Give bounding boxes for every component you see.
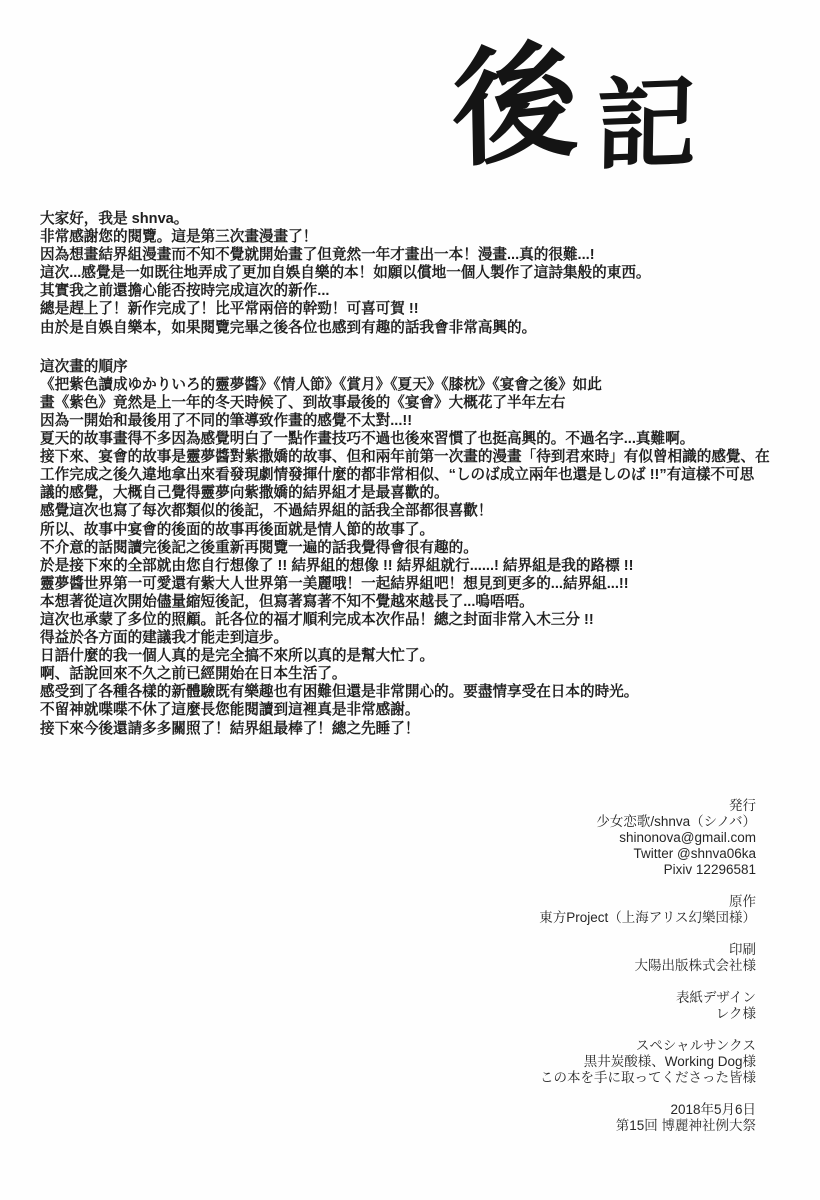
afterword-line: 這次...感覺是一如既往地弄成了更加自娛自樂的本！如願以償地一個人製作了這詩集般…	[40, 264, 770, 282]
credit-line: 第15回 博麗神社例大祭	[539, 1118, 756, 1134]
afterword-line: 因為一開始和最後用了不同的筆導致作畫的感覺不太對...!!	[40, 412, 770, 430]
credit-block-special-thanks: スペシャルサンクス 黒井炭酸様、Working Dog様この本を手に取ってくださ…	[539, 1038, 756, 1086]
afterword-body: 大家好，我是 shnva。非常感謝您的閱覽。這是第三次畫漫畫了！因為想畫結界組漫…	[40, 210, 770, 738]
afterword-line: 這次也承蒙了多位的照顧。託各位的福才順利完成本次作品！總之封面非常入木三分 !!	[40, 611, 770, 629]
title-char-1: 後	[451, 35, 579, 175]
afterword-line: 其實我之前還擔心能否按時完成這次的新作...	[40, 282, 770, 300]
title-char-2: 記	[595, 72, 697, 176]
credit-lines-publisher: 少女恋歌/shnva（シノバ）shinonova@gmail.comTwitte…	[539, 814, 756, 878]
afterword-line: 不留神就喋喋不休了這麼長您能閱讀到這裡真是非常感謝。	[40, 701, 770, 719]
credit-heading-special-thanks: スペシャルサンクス	[539, 1038, 756, 1054]
afterword-paragraph-1: 大家好，我是 shnva。非常感謝您的閱覽。這是第三次畫漫畫了！因為想畫結界組漫…	[40, 210, 770, 337]
afterword-line: 工作完成之後久違地拿出來看發現劇情發揮什麼的都非常相似、“しのば成立兩年也還是し…	[40, 466, 770, 484]
afterword-line: 不介意的話閱讀完後記之後重新再閱覽一遍的話我覺得會很有趣的。	[40, 539, 770, 557]
afterword-line: 大家好，我是 shnva。	[40, 210, 770, 228]
credit-line: Twitter @shnva06ka	[539, 846, 756, 862]
afterword-paragraph-2: 這次畫的順序《把紫色讀成ゆかりいろ的靈夢醬》《情人節》《賞月》《夏天》《膝枕》《…	[40, 358, 770, 738]
credit-block-publisher: 発行 少女恋歌/shnva（シノバ）shinonova@gmail.comTwi…	[539, 798, 756, 878]
credit-line: Pixiv 12296581	[539, 862, 756, 878]
page-title: 後 記	[452, 42, 696, 174]
afterword-line: 因為想畫結界組漫畫而不知不覺就開始畫了但竟然一年才畫出一本！漫畫...真的很難.…	[40, 246, 770, 264]
afterword-line: 感受到了各種各樣的新體驗既有樂趣也有困難但還是非常開心的。要盡情享受在日本的時光…	[40, 683, 770, 701]
afterword-line: 非常感謝您的閱覽。這是第三次畫漫畫了！	[40, 228, 770, 246]
afterword-line: 夏天的故事畫得不多因為感覺明白了一點作畫技巧不過也後來習慣了也挺高興的。不過名字…	[40, 430, 770, 448]
credit-lines-event-date: 2018年5月6日第15回 博麗神社例大祭	[539, 1102, 756, 1134]
credit-line: shinonova@gmail.com	[539, 830, 756, 846]
afterword-line: 本想著從這次開始儘量縮短後記，但寫著寫著不知不覺越來越長了...嗚唔唔。	[40, 593, 770, 611]
afterword-line: 所以、故事中宴會的後面的故事再後面就是情人節的故事了。	[40, 521, 770, 539]
credit-line: 東方Project（上海アリス幻樂団様）	[539, 910, 756, 926]
afterword-line: 得益於各方面的建議我才能走到這步。	[40, 629, 770, 647]
credit-line: この本を手に取ってくださった皆様	[539, 1070, 756, 1086]
credit-heading-original-work: 原作	[539, 894, 756, 910]
credit-heading-publisher: 発行	[539, 798, 756, 814]
credit-block-event-date: 2018年5月6日第15回 博麗神社例大祭	[539, 1102, 756, 1134]
afterword-line: 靈夢醬世界第一可愛還有紫大人世界第一美麗哦！一起結界組吧！想見到更多的...結界…	[40, 575, 770, 593]
credit-block-printing: 印刷 大陽出版株式会社様	[539, 942, 756, 974]
afterword-line: 畫《紫色》竟然是上一年的冬天時候了、到故事最後的《宴會》大概花了半年左右	[40, 394, 770, 412]
credit-line: 2018年5月6日	[539, 1102, 756, 1118]
credit-line: 少女恋歌/shnva（シノバ）	[539, 814, 756, 830]
afterword-line: 總是趕上了！新作完成了！比平常兩倍的幹勁！可喜可賀 !!	[40, 300, 770, 318]
credit-lines-special-thanks: 黒井炭酸様、Working Dog様この本を手に取ってくださった皆様	[539, 1054, 756, 1086]
afterword-line: 這次畫的順序	[40, 358, 770, 376]
afterword-line: 接下來、宴會的故事是靈夢醬對紫撒嬌的故事、但和兩年前第一次畫的漫畫「待到君來時」…	[40, 448, 770, 466]
afterword-line: 啊、話說回來不久之前已經開始在日本生活了。	[40, 665, 770, 683]
credit-block-original-work: 原作 東方Project（上海アリス幻樂団様）	[539, 894, 756, 926]
credit-block-cover-design: 表紙デザイン レク様	[539, 990, 756, 1022]
credit-lines-original-work: 東方Project（上海アリス幻樂団様）	[539, 910, 756, 926]
credit-heading-printing: 印刷	[539, 942, 756, 958]
afterword-line: 接下來今後還請多多關照了！結界組最棒了！總之先睡了！	[40, 720, 770, 738]
afterword-line: 《把紫色讀成ゆかりいろ的靈夢醬》《情人節》《賞月》《夏天》《膝枕》《宴會之後》如…	[40, 376, 770, 394]
credit-lines-printing: 大陽出版株式会社様	[539, 958, 756, 974]
afterword-page: 後 記 大家好，我是 shnva。非常感謝您的閱覽。這是第三次畫漫畫了！因為想畫…	[0, 0, 820, 1200]
afterword-line: 於是接下來的全部就由您自行想像了 !! 結界組的想像 !! 結界組就行.....…	[40, 557, 770, 575]
afterword-line: 由於是自娛自樂本，如果閱覽完畢之後各位也感到有趣的話我會非常高興的。	[40, 319, 770, 337]
credit-line: 大陽出版株式会社様	[539, 958, 756, 974]
credit-lines-cover-design: レク様	[539, 1006, 756, 1022]
afterword-line: 日語什麼的我一個人真的是完全搞不來所以真的是幫大忙了。	[40, 647, 770, 665]
afterword-line: 議的感覺，大概自己覺得靈夢向紫撒嬌的結界組才是最喜歡的。	[40, 484, 770, 502]
credit-line: レク様	[539, 1006, 756, 1022]
credits-section: 発行 少女恋歌/shnva（シノバ）shinonova@gmail.comTwi…	[539, 798, 756, 1134]
credit-line: 黒井炭酸様、Working Dog様	[539, 1054, 756, 1070]
afterword-line: 感覺這次也寫了每次都類似的後記，不過結界組的話我全部都很喜歡！	[40, 502, 770, 520]
credit-heading-cover-design: 表紙デザイン	[539, 990, 756, 1006]
